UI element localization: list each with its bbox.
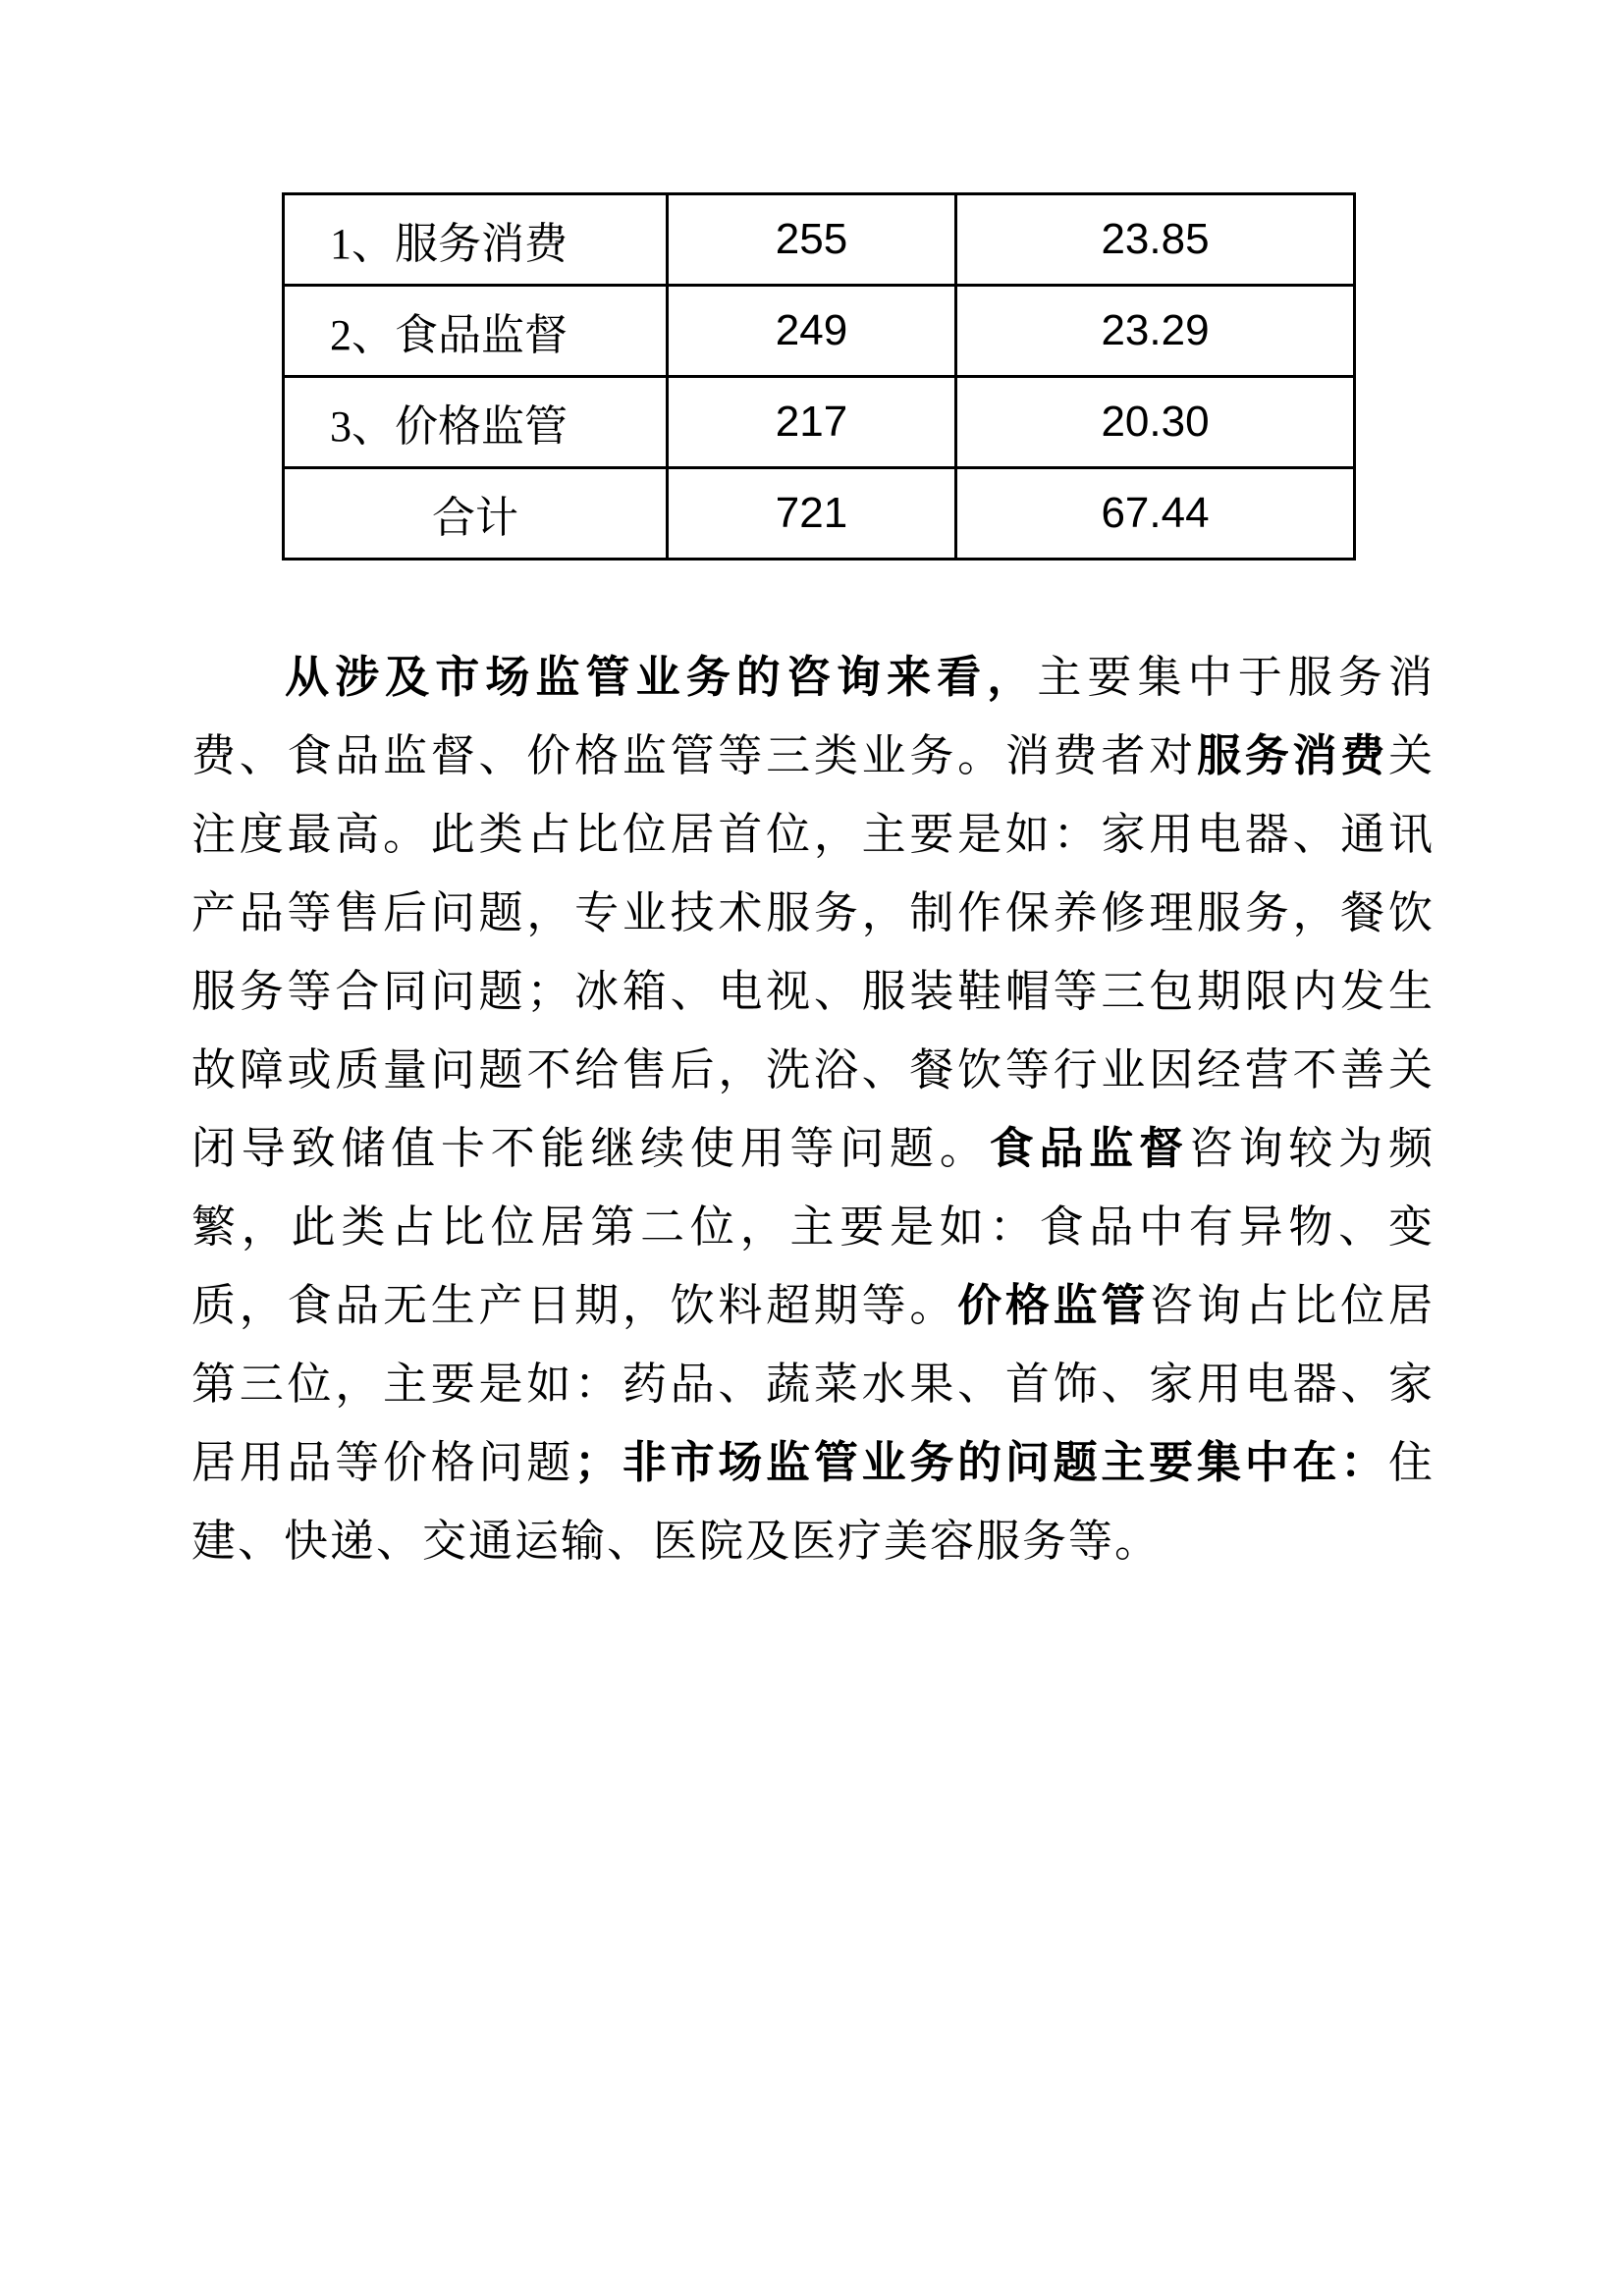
- paragraph-segment-lead-bold: 从涉及市场监管业务的咨询来看，: [285, 653, 1037, 702]
- count-cell: 249: [668, 286, 956, 377]
- paragraph-segment-service-detail: 关注度最高。此类占比位居首位，主要是如：家用电器、通讯产品等售后问题，专业技术服…: [191, 731, 1435, 1173]
- paragraph-segment-price-bold: 价格监管: [957, 1281, 1149, 1330]
- total-count-cell: 721: [668, 468, 956, 560]
- category-cell: 1、服务消费: [284, 194, 668, 286]
- total-percent-cell: 67.44: [956, 468, 1355, 560]
- table-row-service-consumption: 1、服务消费 255 23.85: [284, 194, 1355, 286]
- count-cell: 217: [668, 377, 956, 468]
- consultation-stats-table: 1、服务消费 255 23.85 2、食品监督 249 23.29 3、价格监管…: [282, 192, 1356, 561]
- category-cell: 3、价格监管: [284, 377, 668, 468]
- table-row-total: 合计 721 67.44: [284, 468, 1355, 560]
- table-row-food-supervision: 2、食品监督 249 23.29: [284, 286, 1355, 377]
- percent-cell: 23.85: [956, 194, 1355, 286]
- paragraph-segment-nonmarket-bold: ；非市场监管业务的问题主要集中在：: [574, 1438, 1388, 1487]
- document-page: 1、服务消费 255 23.85 2、食品监督 249 23.29 3、价格监管…: [0, 0, 1624, 2296]
- analysis-paragraph: 从涉及市场监管业务的咨询来看，主要集中于服务消费、食品监督、价格监管等三类业务。…: [191, 638, 1435, 1580]
- table-row-price-regulation: 3、价格监管 217 20.30: [284, 377, 1355, 468]
- percent-cell: 23.29: [956, 286, 1355, 377]
- total-label-cell: 合计: [284, 468, 668, 560]
- count-cell: 255: [668, 194, 956, 286]
- paragraph-segment-food-bold: 食品监督: [990, 1124, 1189, 1173]
- percent-cell: 20.30: [956, 377, 1355, 468]
- paragraph-segment-service-bold: 服务消费: [1197, 731, 1388, 780]
- category-cell: 2、食品监督: [284, 286, 668, 377]
